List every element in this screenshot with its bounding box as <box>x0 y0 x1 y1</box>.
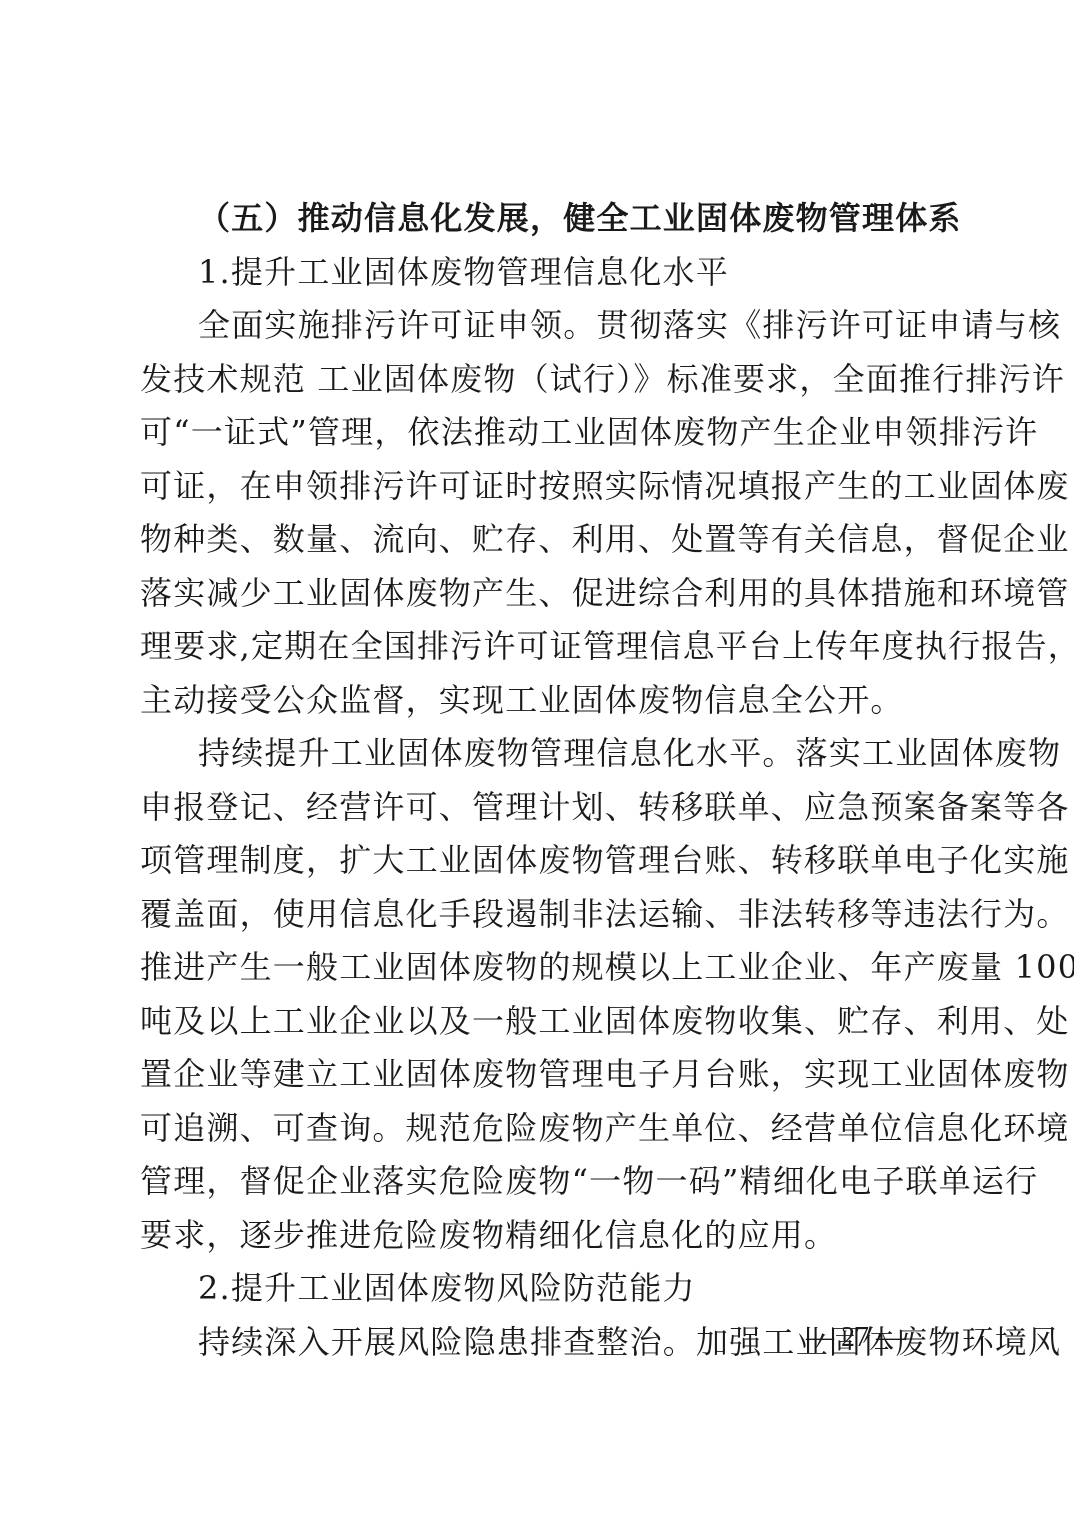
page-number: — 27 — <box>800 1322 910 1354</box>
paragraph-line: 持续提升工业固体废物管理信息化水平。落实工业固体废物 <box>140 727 940 781</box>
section-heading: （五）推动信息化发展，健全工业固体废物管理体系 <box>140 192 940 246</box>
paragraph-2: 持续提升工业固体废物管理信息化水平。落实工业固体废物 申报登记、经营许可、管理计… <box>140 727 940 1262</box>
paragraph-line: 理要求,定期在全国排污许可证管理信息平台上传年度执行报告， <box>140 620 940 674</box>
paragraph-line: 管理，督促企业落实危险废物“一物一码”精细化电子联单运行 <box>140 1155 940 1209</box>
paragraph-line: 项管理制度，扩大工业固体废物管理台账、转移联单电子化实施 <box>140 834 940 888</box>
paragraph-line: 要求，逐步推进危险废物精细化信息化的应用。 <box>140 1209 940 1263</box>
paragraph-line: 推进产生一般工业固体废物的规模以上工业企业、年产废量 100 <box>140 941 940 995</box>
subsection-heading-2: 2.提升工业固体废物风险防范能力 <box>140 1262 940 1316</box>
paragraph-1: 全面实施排污许可证申领。贯彻落实《排污许可证申请与核 发技术规范 工业固体废物（… <box>140 299 940 727</box>
paragraph-line: 发技术规范 工业固体废物（试行）》标准要求，全面推行排污许 <box>140 353 940 407</box>
paragraph-line: 置企业等建立工业固体废物管理电子月台账，实现工业固体废物 <box>140 1048 940 1102</box>
paragraph-line: 主动接受公众监督，实现工业固体废物信息全公开。 <box>140 674 940 728</box>
paragraph-line: 落实减少工业固体废物产生、促进综合利用的具体措施和环境管 <box>140 567 940 621</box>
paragraph-line: 物种类、数量、流向、贮存、利用、处置等有关信息，督促企业 <box>140 513 940 567</box>
paragraph-line: 可证，在申领排污许可证时按照实际情况填报产生的工业固体废 <box>140 460 940 514</box>
paragraph-line: 吨及以上工业企业以及一般工业固体废物收集、贮存、利用、处 <box>140 995 940 1049</box>
paragraph-line: 可追溯、可查询。规范危险废物产生单位、经营单位信息化环境 <box>140 1102 940 1156</box>
paragraph-line: 覆盖面，使用信息化手段遏制非法运输、非法转移等违法行为。 <box>140 888 940 942</box>
document-page: （五）推动信息化发展，健全工业固体废物管理体系 1.提升工业固体废物管理信息化水… <box>140 192 940 1369</box>
subsection-heading-1: 1.提升工业固体废物管理信息化水平 <box>140 246 940 300</box>
paragraph-line: 申报登记、经营许可、管理计划、转移联单、应急预案备案等各 <box>140 781 940 835</box>
paragraph-line: 全面实施排污许可证申领。贯彻落实《排污许可证申请与核 <box>140 299 940 353</box>
paragraph-line: 可“一证式”管理，依法推动工业固体废物产生企业申领排污许 <box>140 406 940 460</box>
